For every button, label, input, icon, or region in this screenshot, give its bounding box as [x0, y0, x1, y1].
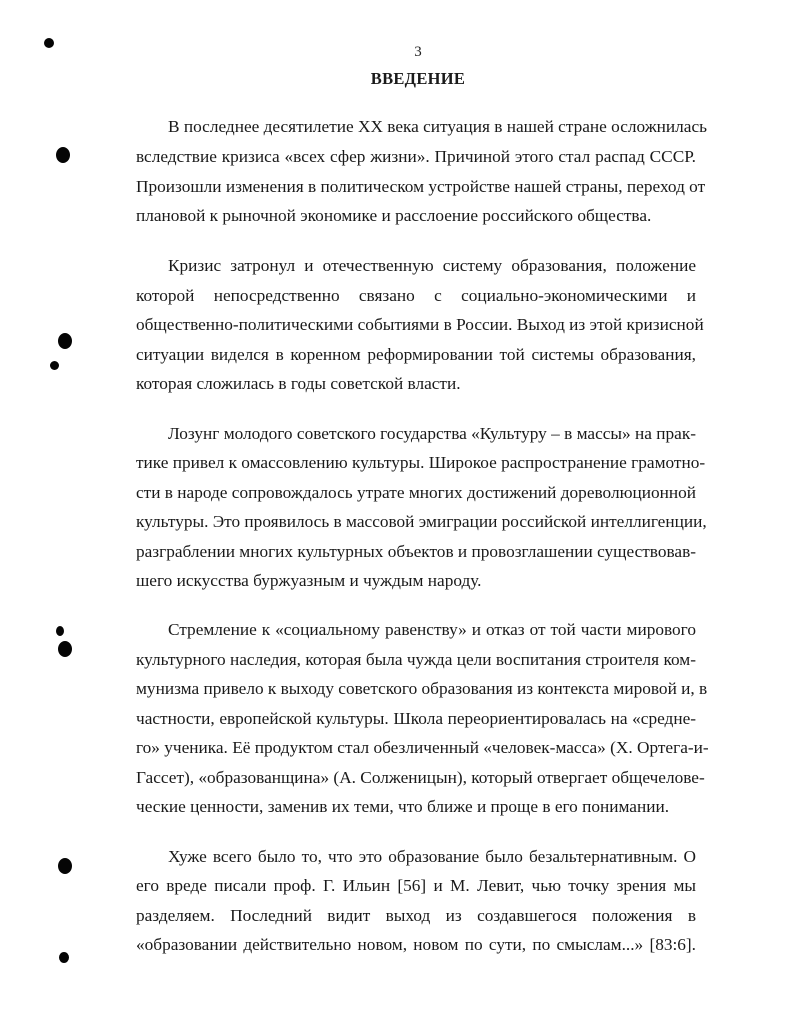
punch-hole-mark: [58, 641, 72, 657]
punch-hole-mark: [50, 361, 59, 370]
text-line: ситуации виделся в коренном реформирован…: [136, 345, 696, 365]
text-line: разграблении многих культурных объектов …: [136, 542, 696, 562]
text-line: Гассет), «образованщина» (А. Солженицын)…: [136, 768, 696, 788]
section-title: ВВЕДЕНИЕ: [0, 69, 794, 89]
text-line: Произошли изменения в политическом устро…: [136, 177, 696, 197]
text-line: которая сложилась в годы советской власт…: [136, 374, 696, 394]
text-line: го» ученика. Её продуктом стал обезличен…: [136, 738, 696, 758]
text-line: плановой к рыночной экономике и расслоен…: [136, 206, 696, 226]
text-line: мунизма привело к выходу советского обра…: [136, 679, 696, 699]
text-line: В последнее десятилетие XX века ситуация…: [168, 117, 696, 137]
document-page: 3 ВВЕДЕНИЕ В последнее десятилетие XX ве…: [0, 0, 794, 1021]
text-line: культуры. Это проявилось в массовой эмиг…: [136, 512, 696, 532]
punch-hole-mark: [58, 333, 72, 349]
text-line: его вреде писали проф. Г. Ильин [56] и М…: [136, 876, 696, 896]
text-line: «образовании действительно новом, новом …: [136, 935, 696, 955]
text-line: тике привел к омассовлению культуры. Шир…: [136, 453, 696, 473]
text-line: разделяем. Последний видит выход из созд…: [136, 906, 696, 926]
text-line: Стремление к «социальному равенству» и о…: [168, 620, 696, 640]
punch-hole-mark: [56, 147, 70, 163]
text-line: которой непосредственно связано с социал…: [136, 286, 696, 306]
text-line: вследствие кризиса «всех сфер жизни». Пр…: [136, 147, 696, 167]
text-line: Хуже всего было то, что это образование …: [168, 847, 696, 867]
text-line: ческие ценности, заменив их теми, что бл…: [136, 797, 696, 817]
text-line: сти в народе сопровождалось утрате многи…: [136, 483, 696, 503]
punch-hole-mark: [56, 626, 64, 636]
text-line: общественно-политическими событиями в Ро…: [136, 315, 696, 335]
page-number: 3: [0, 44, 794, 61]
text-line: частности, европейской культуры. Школа п…: [136, 709, 696, 729]
text-line: Лозунг молодого советского государства «…: [168, 424, 696, 444]
text-line: шего искусства буржуазным и чуждым народ…: [136, 571, 696, 591]
punch-hole-mark: [58, 858, 72, 874]
text-line: культурного наследия, которая была чужда…: [136, 650, 696, 670]
punch-hole-mark: [59, 952, 69, 963]
text-line: Кризис затронул и отечественную систему …: [168, 256, 696, 276]
